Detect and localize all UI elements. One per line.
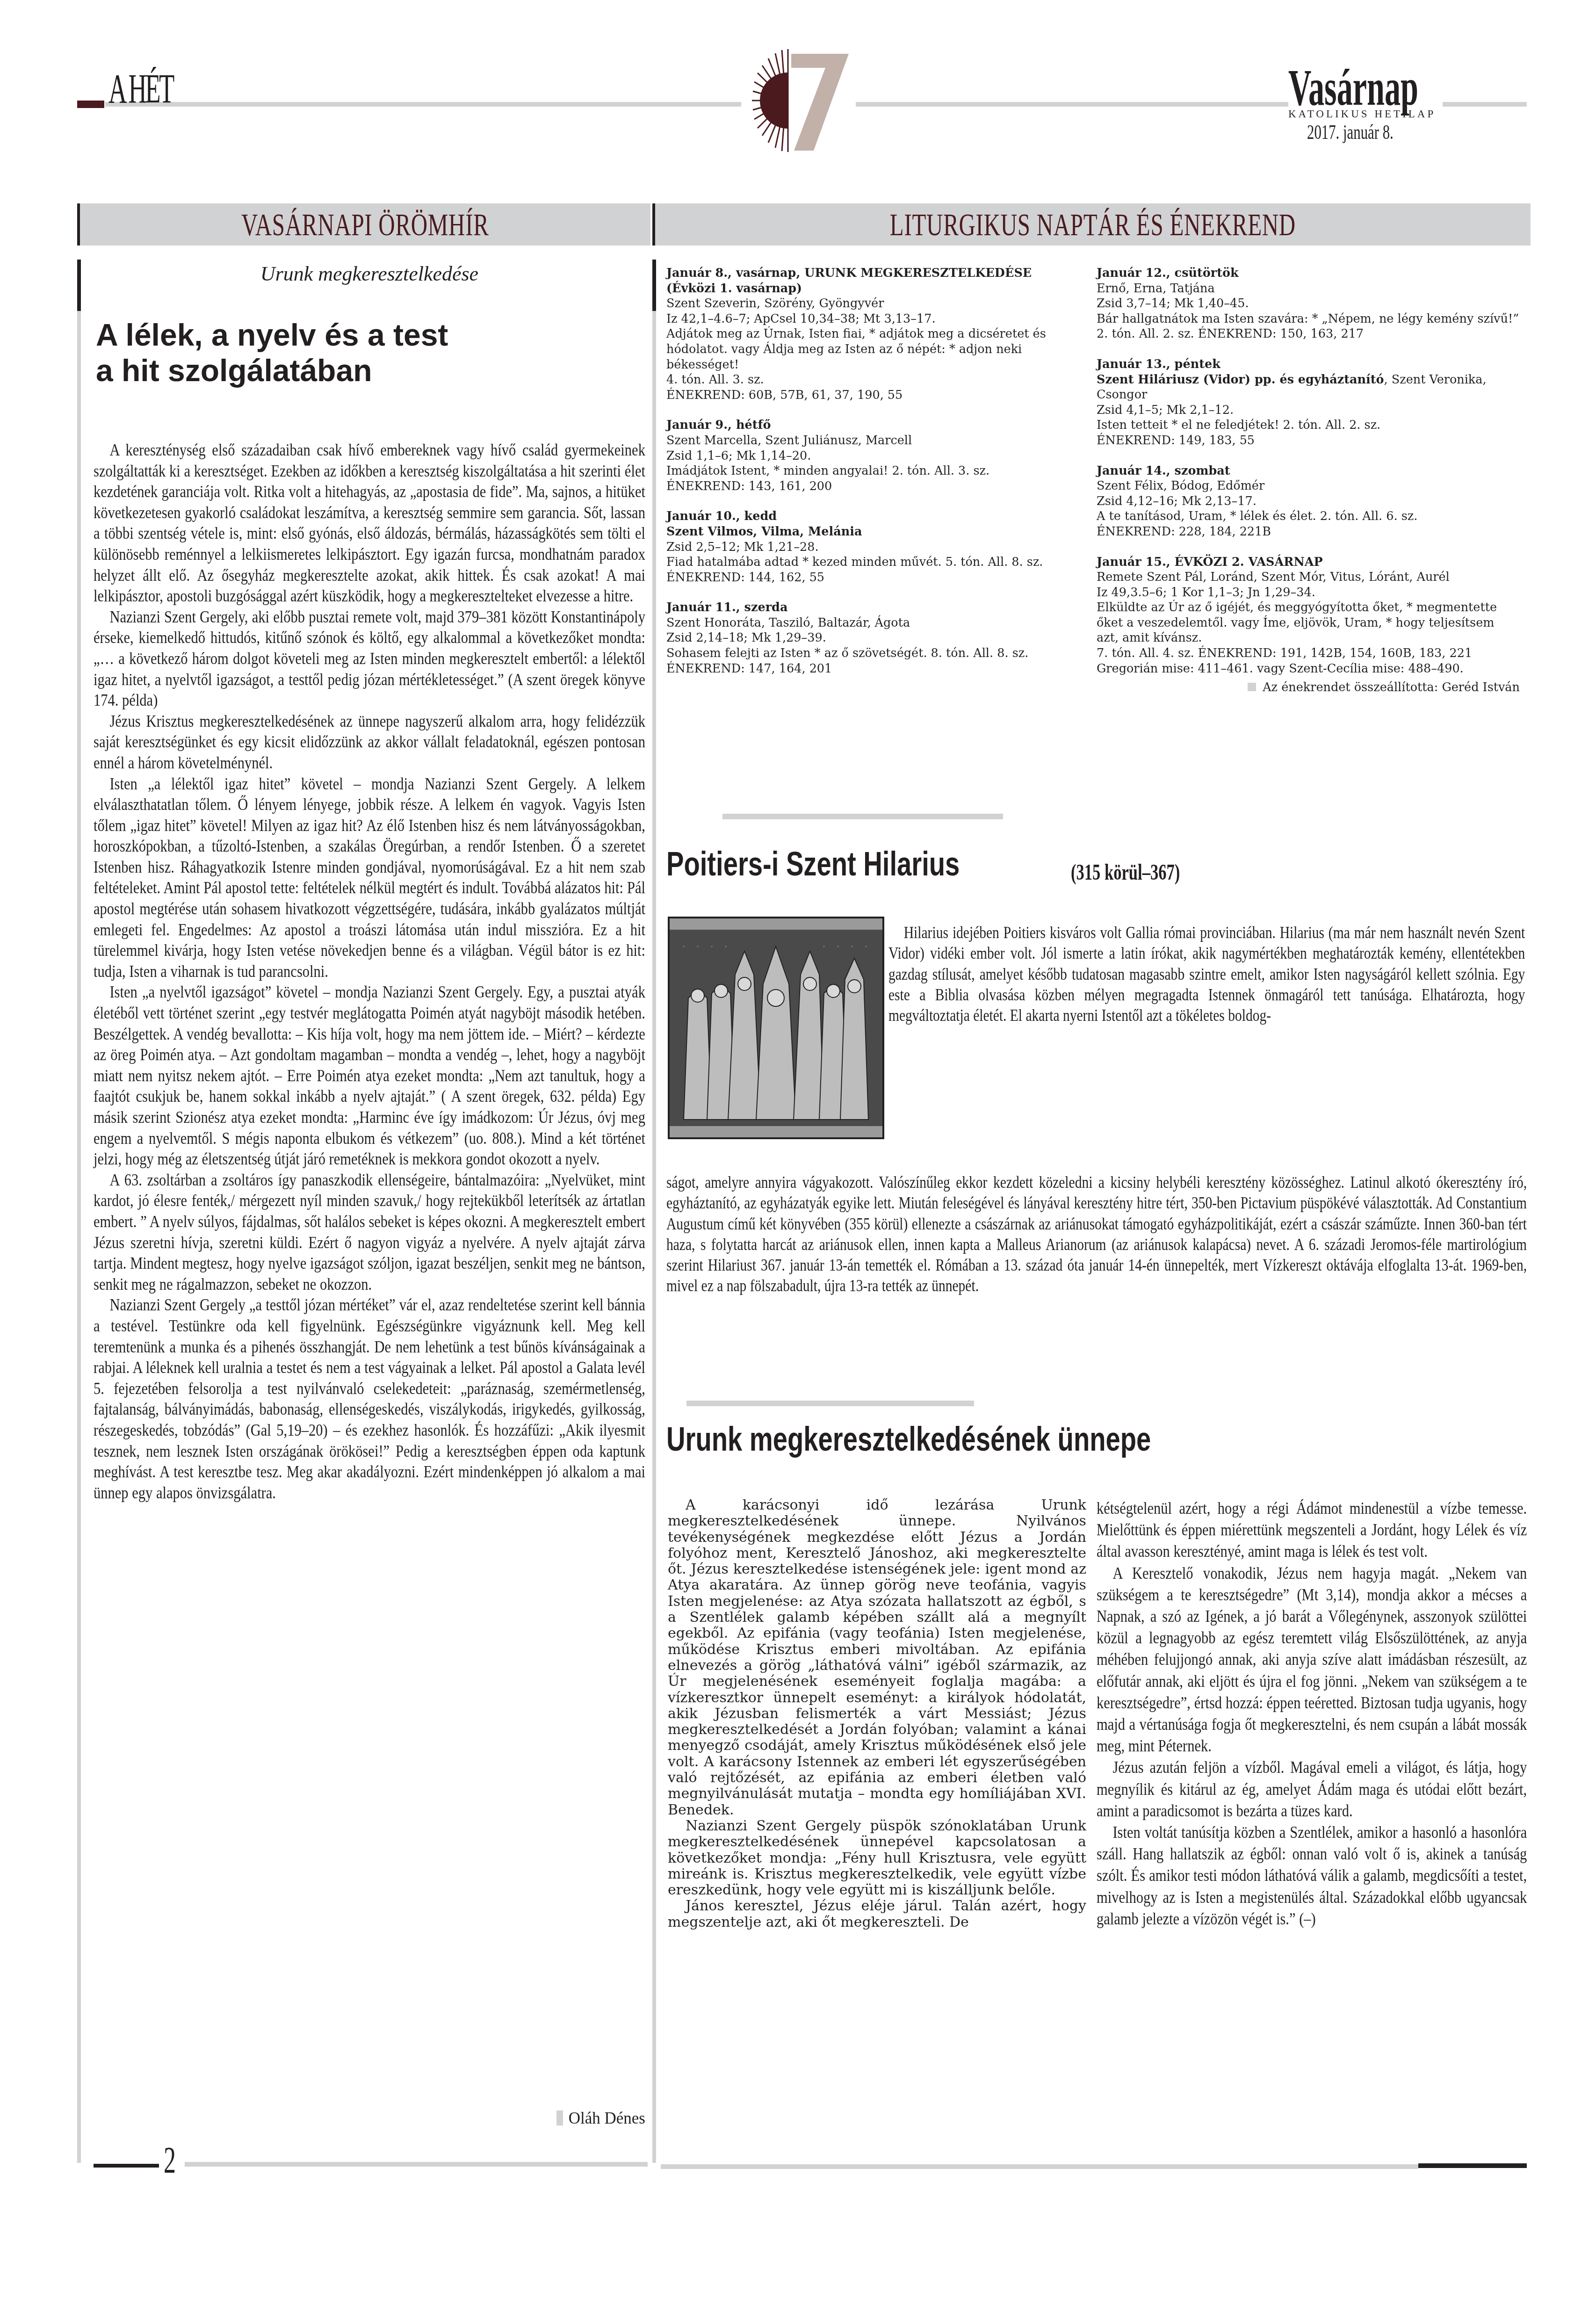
article-body: A kereszténység első századaiban csak hí…: [94, 440, 645, 1503]
feast-paragraph: A Keresztelő vonakodik, Jézus nem hagyja…: [1097, 1562, 1527, 1757]
entry-saints: Szent Honoráta, Tasziló, Baltazár, Ágota: [666, 615, 1078, 631]
calendar-entry: Január 14., szombat Szent Félix, Bódog, …: [1097, 463, 1520, 540]
entry-psalm: A te tanításod, Uram, * lélek és élet. 2…: [1097, 509, 1520, 524]
entry-date: Január 15., ÉVKÖZI 2. VASÁRNAP: [1097, 555, 1323, 569]
brand-name: Vasárnap: [1288, 65, 1384, 110]
entry-psalm: Bár hallgatnátok ma Isten szavára: * „Né…: [1097, 311, 1520, 327]
entry-readings: Zsid 4,12–16; Mk 2,13–17.: [1097, 494, 1520, 509]
entry-psalm: Adjátok meg az Úrnak, Isten fiai, * adjá…: [666, 326, 1078, 372]
footer-rule-left: [185, 2162, 648, 2167]
paragraph: Isten „a lélektől igaz hitet” követel – …: [94, 773, 645, 982]
sun-seven-logo-icon: [739, 47, 851, 152]
hilarius-paragraph-2: ságot, amelyre annyira vágyakozott. Való…: [666, 1172, 1527, 1296]
author-name: Oláh Dénes: [569, 2109, 645, 2127]
entry-hymns: ÉNEKREND: 60B, 57B, 61, 37, 190, 55: [666, 388, 1078, 403]
hilarius-name: Poitiers-i Szent Hilarius: [666, 846, 960, 882]
entry-saints: Szent Félix, Bódog, Edőmér: [1097, 478, 1520, 494]
entry-readings: Iz 49,3.5–6; 1 Kor 1,1–3; Jn 1,29–34.: [1097, 585, 1520, 600]
entry-date: Január 13., péntek: [1097, 357, 1220, 371]
right-column-bar-top: [652, 260, 656, 311]
entry-readings: Zsid 2,5–12; Mk 1,21–28.: [666, 540, 1078, 555]
entry-readings: Zsid 1,1–6; Mk 1,14–20.: [666, 448, 1078, 464]
credit-square-icon: [1248, 683, 1256, 691]
entry-hymns: ÉNEKREND: 144, 162, 55: [666, 570, 1078, 585]
footer-rule-right-dark: [1418, 2163, 1527, 2168]
entry-saints: Szent Vilmos, Vilma, Melánia: [666, 525, 862, 539]
header-accent-bar: [77, 101, 104, 108]
hilarius-paragraph-1: Hilarius idejében Poitiers kisváros volt…: [888, 922, 1525, 1026]
banner-liturgikus-naptar: LITURGIKUS NAPTÁR ÉS ÉNEKREND: [652, 203, 1531, 246]
section-label: A HÉT: [108, 65, 173, 113]
manuscript-image-icon: [670, 918, 882, 1137]
footer-rule-right: [661, 2164, 1418, 2169]
calendar-entry: Január 15., ÉVKÖZI 2. VASÁRNAP Remete Sz…: [1097, 555, 1520, 677]
entry-hymns: ÉNEKREND: 149, 183, 55: [1097, 433, 1520, 448]
calendar-column-1: Január 8., vasárnap, URUNK MEGKERESZTELK…: [666, 266, 1078, 691]
entry-saints: Szent Szeverin, Szörény, Gyöngyvér: [666, 296, 1078, 311]
entry-psalm: Sohasem felejti az Isten * az ő szövetsé…: [666, 646, 1078, 661]
feast-paragraph: János keresztel, Jézus eléje járul. Talá…: [668, 1898, 1086, 1930]
entry-readings: Zsid 2,14–18; Mk 1,29–39.: [666, 630, 1078, 646]
entry-date: Január 14., szombat: [1097, 464, 1230, 478]
entry-tone: 4. tón. All. 3. sz.: [666, 372, 1078, 388]
header-rule-far-right: [1443, 102, 1527, 107]
feast-headline: Urunk megkeresztelkedésének ünnepe: [666, 1422, 1151, 1457]
paragraph: A 63. zsoltárban a zsoltáros így panaszk…: [94, 1170, 645, 1295]
feast-paragraph: Jézus azután feljön a vízből. Magával em…: [1097, 1756, 1527, 1821]
credit-text: Az énekrendet összeállította: Geréd Istv…: [1263, 680, 1520, 694]
entry-tone: 7. tón. All. 4. sz. ÉNEKREND: 191, 142B,…: [1097, 646, 1520, 661]
footer-rule-left-dark: [94, 2164, 159, 2168]
entry-saints: Remete Szent Pál, Loránd, Szent Mór, Vit…: [1097, 570, 1520, 585]
entry-readings: Iz 42,1–4.6–7; ApCsel 10,34–38; Mt 3,13–…: [666, 311, 1078, 327]
feast-column-2: kétségtelenül azért, hogy a régi Ádámot …: [1097, 1497, 1527, 1930]
entry-date: Január 11., szerda: [666, 600, 787, 614]
author-signature: Oláh Dénes: [421, 2109, 645, 2128]
entry-readings: Zsid 4,1–5; Mk 2,1–12.: [1097, 403, 1520, 418]
header-rule-right: [856, 102, 1288, 107]
headline-line-1: A lélek, a nyelv és a test: [96, 317, 648, 353]
article-kicker: Urunk megkeresztelkedése: [94, 262, 645, 286]
entry-hymns: 2. tón. All. 2. sz. ÉNEKREND: 150, 163, …: [1097, 326, 1520, 342]
calendar-entry: Január 8., vasárnap, URUNK MEGKERESZTELK…: [666, 266, 1078, 403]
entry-psalm: Elküldte az Úr az ő igéjét, és meggyógyí…: [1097, 600, 1520, 646]
entry-date: Január 9., hétfő: [666, 418, 771, 432]
signature-square-icon: [556, 2110, 563, 2125]
article-headline: A lélek, a nyelv és a test a hit szolgál…: [96, 317, 648, 388]
paragraph: Isten „a nyelvtől igazságot” követel – m…: [94, 982, 645, 1169]
feast-title: Urunk megkeresztelkedésének ünnepe: [666, 1422, 1288, 1457]
feast-column-1: A karácsonyi idő lezárása Urunk megkeres…: [668, 1497, 1086, 1930]
calendar-entry: Január 13., péntek Szent Hiláriusz (Vido…: [1097, 357, 1520, 448]
page-number: 2: [164, 2139, 176, 2182]
issue-date: 2017. január 8.: [1307, 120, 1402, 144]
hilarius-full-text: ságot, amelyre annyira vágyakozott. Való…: [666, 1172, 1527, 1296]
header-rule-left: [105, 102, 741, 107]
banner-title: VASÁRNAPI ÖRÖMHÍR: [241, 206, 489, 243]
masthead: Vasárnap KATOLIKUS HETILAP 2017. január …: [1288, 65, 1443, 144]
left-column-bar: [77, 311, 81, 2163]
hilarius-illustration: [668, 917, 884, 1139]
entry-hymns: Gregorián mise: 411–461. vagy Szent-Cecí…: [1097, 661, 1520, 677]
hilarius-title: Poitiers-i Szent Hilarius: [666, 846, 1042, 882]
section-divider: [686, 1401, 974, 1406]
calendar-entry: Január 12., csütörtök Ernő, Erna, Tatján…: [1097, 266, 1520, 342]
entry-saints: Ernő, Erna, Tatjána: [1097, 281, 1520, 296]
entry-hymns: ÉNEKREND: 147, 164, 201: [666, 661, 1078, 677]
calendar-entry: Január 10., kedd Szent Vilmos, Vilma, Me…: [666, 509, 1078, 585]
paragraph: Nazianzi Szent Gergely „a testtől józan …: [94, 1294, 645, 1503]
entry-psalm: Isten tetteit * el ne feledjétek! 2. tón…: [1097, 418, 1520, 433]
feast-paragraph: A karácsonyi idő lezárása Urunk megkeres…: [668, 1497, 1086, 1818]
headline-line-2: a hit szolgálatában: [96, 353, 648, 388]
right-column-bar: [652, 311, 656, 2163]
entry-psalm: Fiad hatalmába adtad * kezed minden művé…: [666, 555, 1078, 570]
entry-psalm: Imádjátok Istent, * minden angyalai! 2. …: [666, 463, 1078, 479]
feast-paragraph: Isten voltát tanúsítja közben a Szentlél…: [1097, 1821, 1527, 1930]
calendar-credit: Az énekrendet összeállította: Geréd Istv…: [1097, 680, 1520, 695]
entry-hymns: ÉNEKREND: 228, 184, 221B: [1097, 524, 1520, 540]
entry-date: Január 10., kedd: [666, 509, 777, 523]
entry-hymns: ÉNEKREND: 143, 161, 200: [666, 479, 1078, 494]
entry-date: Január 8., vasárnap, URUNK MEGKERESZTELK…: [666, 266, 1032, 296]
entry-readings: Zsid 3,7–14; Mk 1,40–45.: [1097, 296, 1520, 311]
feast-paragraph: Nazianzi Szent Gergely püspök szónoklatá…: [668, 1818, 1086, 1898]
paragraph: Jézus Krisztus megkeresztelkedésének az …: [94, 711, 645, 773]
entry-saints: Szent Marcella, Szent Juliánusz, Marcell: [666, 433, 1078, 448]
calendar-column-2: Január 12., csütörtök Ernő, Erna, Tatján…: [1097, 266, 1520, 695]
hilarius-side-text: Hilarius idejében Poitiers kisváros volt…: [888, 922, 1524, 1026]
feast-paragraph: kétségtelenül azért, hogy a régi Ádámot …: [1097, 1497, 1527, 1562]
paragraph: A kereszténység első századaiban csak hí…: [94, 440, 645, 607]
calendar-entry: Január 9., hétfő Szent Marcella, Szent J…: [666, 418, 1078, 494]
banner-title: LITURGIKUS NAPTÁR ÉS ÉNEKREND: [890, 206, 1296, 243]
section-divider: [722, 814, 1003, 819]
banner-vasarnapi-oromhir: VASÁRNAPI ÖRÖMHÍR: [77, 203, 650, 246]
paragraph: Nazianzi Szent Gergely, aki előbb puszta…: [94, 607, 645, 711]
entry-date: Január 12., csütörtök: [1097, 266, 1239, 280]
left-column-bar-top: [77, 260, 81, 311]
hilarius-dates: (315 körül–367): [1071, 860, 1180, 885]
calendar-entry: Január 11., szerda Szent Honoráta, Taszi…: [666, 600, 1078, 676]
entry-saints-bold: Szent Hiláriusz (Vidor) pp. és egyháztan…: [1097, 373, 1384, 387]
